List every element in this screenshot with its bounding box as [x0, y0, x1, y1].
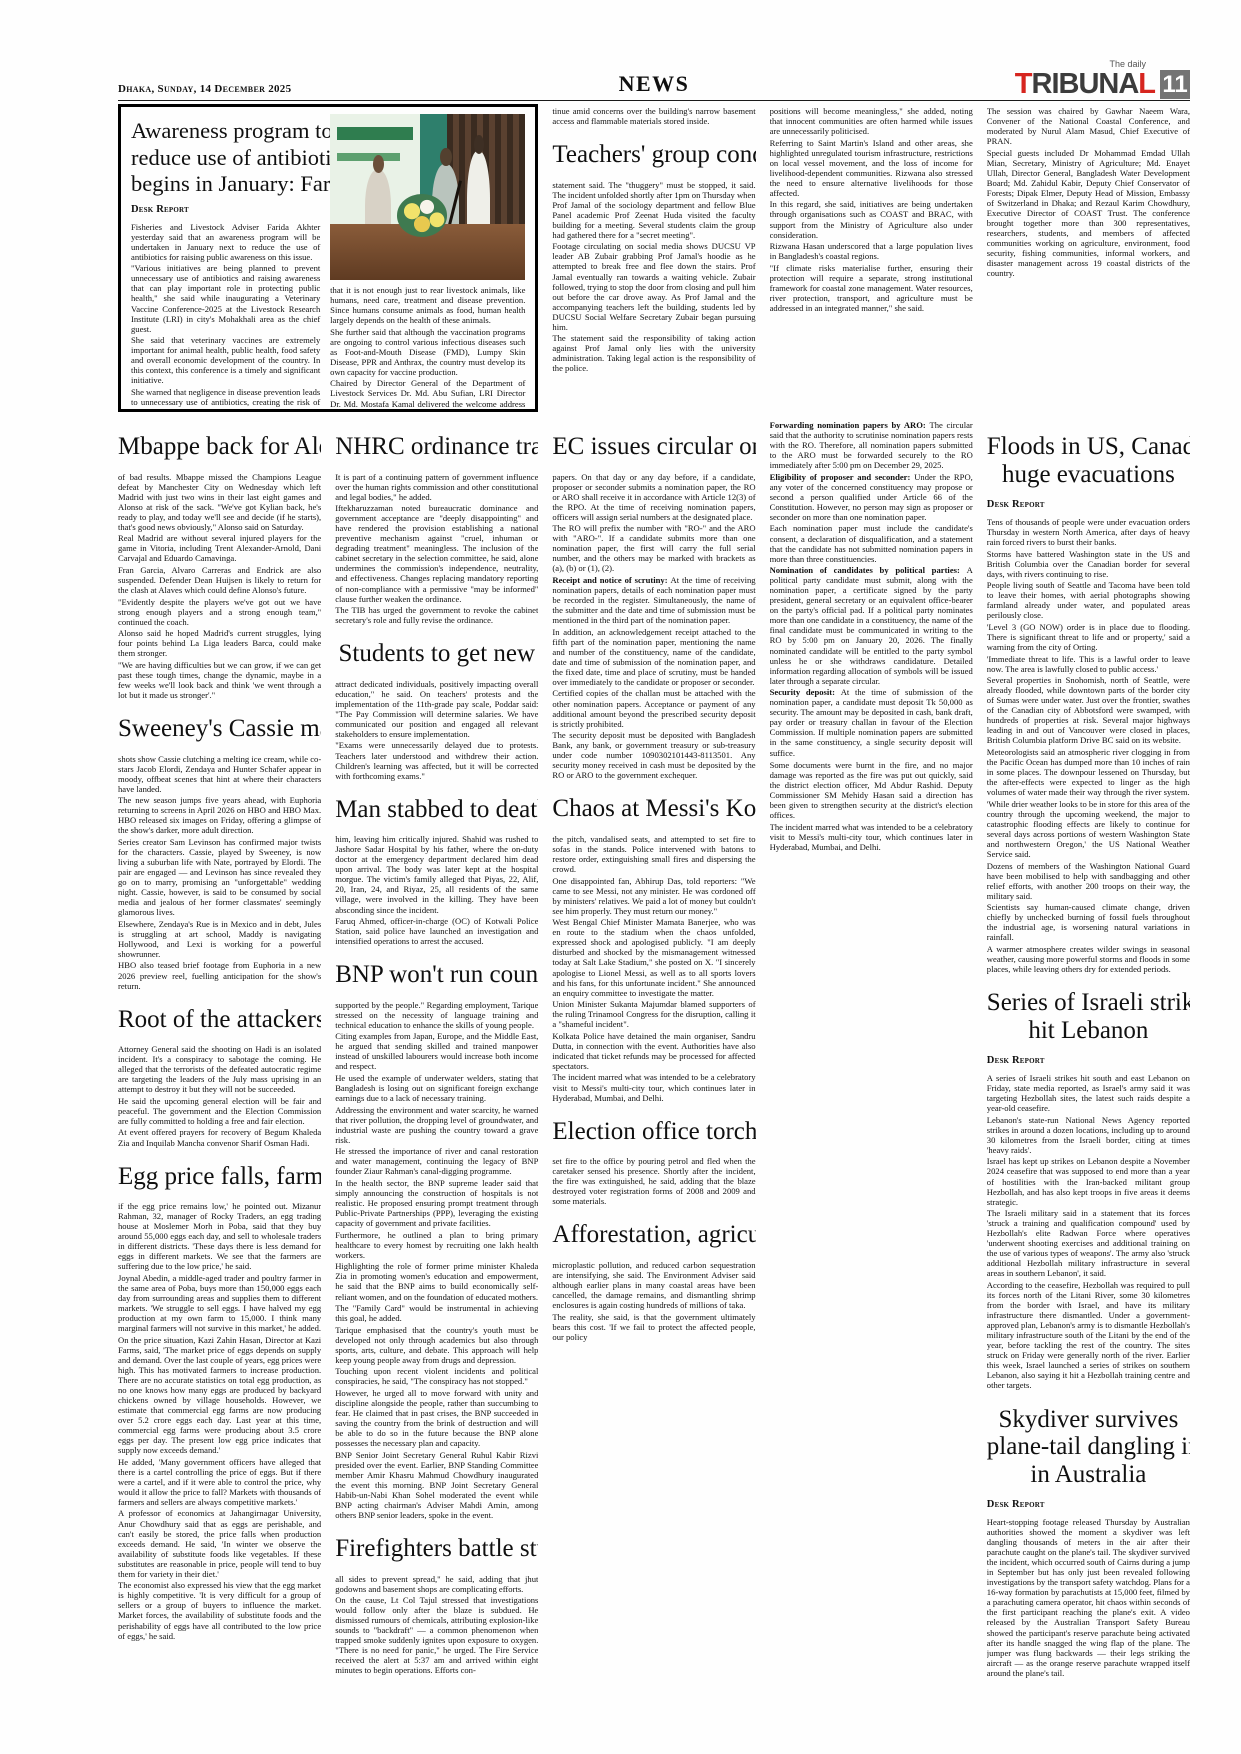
lead-story-left-column: Awareness program toreduce use of antibi…	[131, 114, 320, 412]
headline-line: Root of the attackers	[118, 1006, 321, 1034]
paragraph: A series of Israeli strikes hit south an…	[987, 1073, 1190, 1113]
paragraph: that it is not enough just to rear lives…	[330, 285, 525, 325]
paragraph: He used the example of underwater welder…	[335, 1073, 538, 1103]
newspaper-logo: The daily TRIBUNAL11	[1015, 60, 1190, 99]
headline-line: Chaos at Messi's Kolkata	[552, 795, 755, 823]
paragraph: Faruq Ahmed, officer-in-charge (OC) of K…	[335, 916, 538, 946]
paragraph: Alonso said he hoped Madrid's current st…	[118, 628, 321, 658]
newspaper-page: { "masthead": { "date": "Dhaka, Sunday, …	[0, 0, 1241, 1754]
continuation-text: Some documents were burnt in the fire, a…	[770, 760, 973, 820]
article-bnp-wont-run-country: BNP won't run countrysupported by the pe…	[335, 961, 538, 1520]
headline-line: Afforestation, agricultural	[552, 1221, 755, 1249]
paragraph: Citing examples from Japan, Europe, and …	[335, 1031, 538, 1071]
headline-line: in Australia	[987, 1461, 1190, 1489]
paragraph: Scientists say human-caused climate chan…	[987, 902, 1190, 942]
continuation-text: Forwarding nomination papers by ARO: The…	[770, 420, 973, 758]
paragraph: statement said. The "thuggery" must be s…	[552, 180, 755, 240]
paragraph: "We are having difficulties but we can g…	[118, 660, 321, 700]
lead-story-byline: Desk Report	[131, 204, 320, 215]
headline-man-stabbed-to-death: Man stabbed to death	[335, 796, 538, 824]
paragraph: Fran Garcia, Alvaro Carreras and Endrick…	[118, 565, 321, 595]
paragraph: "Exams were unnecessarily delayed due to…	[335, 740, 538, 780]
paragraph: In this regard, she said, initiatives ar…	[770, 199, 973, 239]
paragraph: Iftekharuzzaman noted bureaucratic domin…	[335, 503, 538, 603]
byline: Desk Report	[987, 499, 1190, 510]
paragraph: Special guests included Dr Mohammad Emda…	[987, 148, 1190, 279]
paragraph: Eligibility of proposer and seconder: Un…	[770, 472, 973, 522]
paragraph: She warned that negligence in disease pr…	[131, 387, 320, 412]
paragraph: The TIB has urged the government to revo…	[335, 605, 538, 625]
paragraph: The reality, she said, is that the gover…	[552, 1312, 755, 1342]
photo-flowers	[397, 194, 448, 237]
paragraph: Touching upon recent violent incidents a…	[335, 1366, 538, 1386]
paragraph: The Israeli military said in a statement…	[987, 1208, 1190, 1278]
paragraph: Fisheries and Livestock Adviser Farida A…	[131, 222, 320, 262]
paragraph: Several properties in Snohomish, north o…	[987, 675, 1190, 745]
headline-line: NHRC ordinance trapped	[335, 433, 538, 461]
paragraph: Joynal Abedin, a middle-aged trader and …	[118, 1273, 321, 1333]
continuation-text: positions will become meaningless," she …	[770, 106, 973, 313]
headline-mbappe-back-for-alonso: Mbappe back for Alonso	[118, 433, 321, 461]
logo-wordmark: TRIBUNAL	[1015, 68, 1155, 100]
headline-afforestation-agricultural: Afforestation, agricultural	[552, 1221, 755, 1249]
paragraph: Chaired by Director General of the Depar…	[330, 378, 525, 412]
headline-bnp-wont-run-country: BNP won't run country	[335, 961, 538, 989]
lead-story-box: Awareness program toreduce use of antibi…	[118, 104, 538, 412]
continuation-text: tinue amid concerns over the building's …	[552, 106, 755, 126]
paragraph: Real Madrid are without several injured …	[118, 533, 321, 563]
headline-line: Teachers' group condemns	[552, 141, 755, 169]
paragraph: Furthermore, he outlined a plan to bring…	[335, 1230, 538, 1260]
headline-line: EC issues circular on JS	[552, 433, 755, 461]
paragraph: Attorney General said the shooting on Ha…	[118, 1044, 321, 1094]
paragraph: A warmer atmosphere creates wilder swing…	[987, 944, 1190, 974]
paragraph: The session was chaired by Gawhar Naeem …	[987, 106, 1190, 146]
paragraph: People living south of Seattle and Tacom…	[987, 580, 1190, 620]
photo-person	[365, 170, 390, 230]
article-firefighters-battle-stubborn: Firefighters battle stubbornall sides to…	[335, 1535, 538, 1675]
paragraph: of bad results. Mbappe missed the Champi…	[118, 472, 321, 532]
headline-line: Firefighters battle stubborn	[335, 1535, 538, 1563]
paragraph: The incident marred what was intended to…	[770, 822, 973, 852]
paragraph: "Various initiatives are being planned t…	[131, 263, 320, 333]
headline-firefighters-battle-stubborn: Firefighters battle stubborn	[335, 1535, 538, 1563]
paragraph: Kolkata Police have detained the main or…	[552, 1031, 755, 1071]
headline-israeli-strikes-lebanon: Series of Israeli strikeshit Lebanon	[987, 989, 1190, 1044]
paragraph-lead: Nomination of candidates by political pa…	[770, 565, 967, 575]
paragraph-lead: Receipt and notice of scrutiny:	[552, 575, 670, 585]
headline-line: begins in January: Farida	[131, 171, 320, 198]
paragraph: him, leaving him critically injured. Sha…	[335, 834, 538, 914]
headline-egg-price-falls-farmers: Egg price falls, farmers	[118, 1163, 321, 1191]
paragraph: The "Family Card" would be instrumental …	[335, 1303, 538, 1323]
article-floods-us-canada: Floods in US, Canada forcehuge evacuatio…	[987, 433, 1190, 974]
paragraph: However, he urged all to move forward wi…	[335, 1388, 538, 1448]
headline-root-of-the-attackers: Root of the attackers	[118, 1006, 321, 1034]
paragraph: all sides to prevent spread," he said, a…	[335, 1574, 538, 1594]
paragraph-lead: Eligibility of proposer and seconder:	[770, 472, 915, 482]
paragraph: positions will become meaningless," she …	[770, 106, 973, 136]
top-column-4: positions will become meaningless," she …	[770, 104, 973, 412]
paragraph: Some documents were burnt in the fire, a…	[770, 760, 973, 820]
paragraph: microplastic pollution, and reduced carb…	[552, 1260, 755, 1310]
top-column-3: tinue amid concerns over the building's …	[552, 104, 755, 412]
paragraph: Certified copies of the challan must be …	[552, 688, 755, 728]
article-mbappe-back-for-alonso: Mbappe back for Alonsoof bad results. Mb…	[118, 433, 321, 700]
paragraph: He stressed the importance of river and …	[335, 1146, 538, 1176]
paragraph: Security deposit: At the time of submiss…	[770, 687, 973, 757]
section-title: NEWS	[619, 71, 690, 97]
column-5: Floods in US, Canada forcehuge evacuatio…	[987, 418, 1190, 1744]
paragraph: At event offered prayers for recovery of…	[118, 1127, 321, 1147]
paragraph: set fire to the office by pouring petrol…	[552, 1156, 755, 1206]
paragraph: It is part of a continuing pattern of go…	[335, 472, 538, 502]
paragraph: Meteorologists said an atmospheric river…	[987, 747, 1190, 797]
paragraph: The RO will prefix the number with "RO-"…	[552, 523, 755, 573]
article-skydiver-survives-australia: Skydiver survivesplane-tail dangling inc…	[987, 1406, 1190, 1678]
lead-story-headline: Awareness program toreduce use of antibi…	[131, 118, 320, 198]
paragraph: She further said that although the vacci…	[330, 327, 525, 377]
paragraph: On the cause, Lt Col Tajul stressed that…	[335, 1595, 538, 1675]
article-ec-issues-circular-on-js: EC issues circular on JSpapers. On that …	[552, 433, 755, 780]
headline-floods-us-canada: Floods in US, Canada forcehuge evacuatio…	[987, 433, 1190, 488]
continuation-text: The session was chaired by Gawhar Naeem …	[987, 106, 1190, 278]
paragraph: Dozens of members of the Washington Nati…	[987, 861, 1190, 901]
paragraph: Footage circulating on social media show…	[552, 241, 755, 331]
paragraph-lead: Forwarding nomination papers by ARO:	[770, 420, 930, 430]
paragraph: The economist also expressed his view th…	[118, 1580, 321, 1640]
headline-sweeneys-cassie-makes: Sweeney's Cassie makes	[118, 715, 321, 743]
headline-line: Awareness program to	[131, 118, 320, 145]
column-1: Mbappe back for Alonsoof bad results. Mb…	[118, 418, 321, 1744]
paragraph: The security deposit must be deposited w…	[552, 730, 755, 780]
paragraph: 'Level 3 (GO NOW) order is in place due …	[987, 622, 1190, 652]
byline: Desk Report	[987, 1499, 1190, 1510]
paragraph: tinue amid concerns over the building's …	[552, 106, 755, 126]
paragraph: Each nomination paper must include the c…	[770, 523, 973, 563]
paragraph: Rizwana Hasan underscored that a large p…	[770, 241, 973, 261]
conference-photo	[330, 114, 525, 280]
paragraph: Heart-stopping footage released Thursday…	[987, 1517, 1190, 1678]
paragraph: Highlighting the role of former prime mi…	[335, 1261, 538, 1301]
headline-line: BNP won't run country	[335, 961, 538, 989]
paragraph: HBO also teased brief footage from Eupho…	[118, 960, 321, 990]
paragraph: Lebanon's state-run National News Agency…	[987, 1115, 1190, 1155]
article-man-stabbed-to-death: Man stabbed to deathhim, leaving him cri…	[335, 796, 538, 947]
lead-story-right-column: that it is not enough just to rear lives…	[330, 114, 525, 412]
paragraph: Storms have battered Washington state in…	[987, 549, 1190, 579]
article-egg-price-falls-farmers: Egg price falls, farmersif the egg price…	[118, 1163, 321, 1641]
lower-columns: Mbappe back for Alonsoof bad results. Mb…	[118, 418, 1190, 1744]
column-3: EC issues circular on JSpapers. On that …	[552, 418, 755, 1744]
paragraph: A professor of economics at Jahangirnaga…	[118, 1508, 321, 1578]
paragraph: The incident marred what was intended to…	[552, 1072, 755, 1102]
continuation-text: The incident marred what was intended to…	[770, 822, 973, 852]
headline-line: Election office torched	[552, 1118, 755, 1146]
paragraph: "Evidently despite the players we've got…	[118, 597, 321, 627]
article-root-of-the-attackers: Root of the attackersAttorney General sa…	[118, 1006, 321, 1148]
headline-chaos-at-messis-kolkata: Chaos at Messi's Kolkata	[552, 795, 755, 823]
column-2: NHRC ordinance trappedIt is part of a co…	[335, 418, 538, 1744]
article-students-to-get-new: Students to get newattract dedicated ind…	[335, 640, 538, 780]
headline-skydiver-survives-australia: Skydiver survivesplane-tail dangling inc…	[987, 1406, 1190, 1489]
paragraph: She said that veterinary vaccines are ex…	[131, 335, 320, 385]
paragraph: One disappointed fan, Abhirup Das, told …	[552, 876, 755, 916]
article-nhrc-ordinance-trapped: NHRC ordinance trappedIt is part of a co…	[335, 433, 538, 625]
headline-line: hit Lebanon	[987, 1017, 1190, 1045]
paragraph-lead: Security deposit:	[770, 687, 841, 697]
article-election-office-torched: Election office torchedset fire to the o…	[552, 1118, 755, 1207]
edition-date: Dhaka, Sunday, 14 December 2025	[118, 83, 291, 95]
paragraph: Receipt and notice of scrutiny: At the t…	[552, 575, 755, 625]
paragraph: In addition, an acknowledgement receipt …	[552, 627, 755, 687]
paragraph: attract dedicated individuals, positivel…	[335, 679, 538, 739]
headline-line: Sweeney's Cassie makes	[118, 715, 321, 743]
headline-line: plane-tail dangling incident	[987, 1433, 1190, 1461]
paragraph: "If climate risks materialise further, e…	[770, 263, 973, 313]
paragraph: Tens of thousands of people were under e…	[987, 517, 1190, 547]
headline-line: Skydiver survives	[987, 1406, 1190, 1434]
paragraph: shots show Cassie clutching a melting ic…	[118, 754, 321, 794]
paragraph: Nomination of candidates by political pa…	[770, 565, 973, 686]
paragraph: 'Immediate threat to life. This is a law…	[987, 654, 1190, 674]
paragraph: On the price situation, Kazi Zahin Hasan…	[118, 1335, 321, 1456]
column-4: Forwarding nomination papers by ARO: The…	[770, 418, 973, 1744]
headline-election-office-torched: Election office torched	[552, 1118, 755, 1146]
byline: Desk Report	[987, 1055, 1190, 1066]
paragraph: BNP Senior Joint Secretary General Ruhul…	[335, 1450, 538, 1520]
paragraph: Referring to Saint Martin's Island and o…	[770, 138, 973, 198]
paragraph: supported by the people." Regarding empl…	[335, 1000, 538, 1030]
headline-students-to-get-new: Students to get new	[335, 640, 538, 668]
article-teachers-group-condemns: Teachers' group condemnsstatement said. …	[552, 141, 755, 373]
top-band: Awareness program toreduce use of antibi…	[118, 104, 1190, 412]
headline-line: Floods in US, Canada force	[987, 433, 1190, 461]
article-afforestation-agricultural: Afforestation, agriculturalmicroplastic …	[552, 1221, 755, 1341]
paragraph: if the egg price remains low,' he pointe…	[118, 1201, 321, 1271]
article-israeli-strikes-lebanon: Series of Israeli strikeshit LebanonDesk…	[987, 989, 1190, 1390]
article-chaos-at-messis-kolkata: Chaos at Messi's Kolkatathe pitch, vanda…	[552, 795, 755, 1102]
headline-line: Students to get new	[335, 640, 538, 668]
paragraph: Elsewhere, Zendaya's Rue is in Mexico an…	[118, 919, 321, 959]
paragraph: Israel has kept up strikes on Lebanon de…	[987, 1156, 1190, 1206]
headline-teachers-group-condemns: Teachers' group condemns	[552, 141, 755, 169]
paragraph: He added, 'Many government officers have…	[118, 1457, 321, 1507]
headline-line: Mbappe back for Alonso	[118, 433, 321, 461]
headline-line: huge evacuations	[987, 461, 1190, 489]
paragraph: Addressing the environment and water sca…	[335, 1105, 538, 1145]
article-sweeneys-cassie-makes: Sweeney's Cassie makesshots show Cassie …	[118, 715, 321, 991]
headline-line: Man stabbed to death	[335, 796, 538, 824]
headline-line: reduce use of antibiotic	[131, 145, 320, 172]
paragraph: The new season jumps five years ahead, w…	[118, 795, 321, 835]
headline-ec-issues-circular-on-js: EC issues circular on JS	[552, 433, 755, 461]
paragraph: Series creator Sam Levinson has confirme…	[118, 837, 321, 917]
paragraph: The statement said the responsibility of…	[552, 333, 755, 373]
masthead: Dhaka, Sunday, 14 December 2025 NEWS The…	[118, 56, 1190, 101]
paragraph: the pitch, vandalised seats, and attempt…	[552, 834, 755, 874]
paragraph: West Bengal Chief Minister Mamata Banerj…	[552, 917, 755, 997]
headline-line: Egg price falls, farmers	[118, 1163, 321, 1191]
paragraph: Forwarding nomination papers by ARO: The…	[770, 420, 973, 470]
headline-line: Series of Israeli strikes	[987, 989, 1190, 1017]
paragraph: According to the ceasefire, Hezbollah wa…	[987, 1280, 1190, 1391]
paragraph: Union Minister Sukanta Majumdar blamed s…	[552, 999, 755, 1029]
paragraph: He said the upcoming general election wi…	[118, 1096, 321, 1126]
paragraph: In the health sector, the BNP supreme le…	[335, 1178, 538, 1228]
headline-nhrc-ordinance-trapped: NHRC ordinance trapped	[335, 433, 538, 461]
paragraph: papers. On that day or any day before, i…	[552, 472, 755, 522]
top-column-5: The session was chaired by Gawhar Naeem …	[987, 104, 1190, 412]
paragraph: 'While drier weather looks to be in stor…	[987, 799, 1190, 859]
paragraph: Tarique emphasised that the country's yo…	[335, 1325, 538, 1365]
page-number-badge: 11	[1160, 70, 1190, 99]
